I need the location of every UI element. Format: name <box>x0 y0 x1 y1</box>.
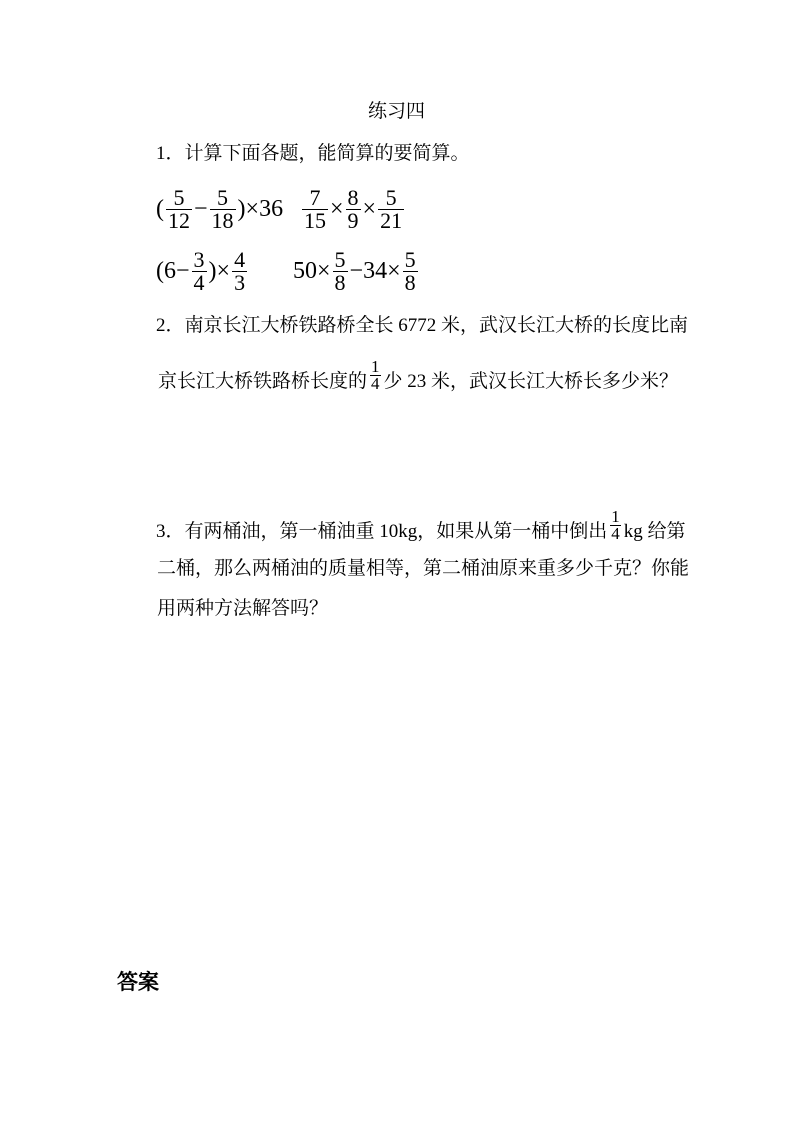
fraction: 715 <box>302 188 328 231</box>
expression-2: 715×89×521 <box>300 186 406 232</box>
fraction-numerator: 5 <box>403 250 418 270</box>
text-run: 3．有两桶油，第一桶油重 10kg，如果从第一桶中倒出 <box>156 520 607 544</box>
fraction-denominator: 21 <box>378 211 404 231</box>
text-run: ( <box>156 186 164 232</box>
problem-2-line-2: 京长江大桥铁路桥长度的14少 23 米，武汉长江大桥长多少米？ <box>158 370 678 394</box>
text-run: 2．南京长江大桥铁路桥全长 6772 米，武汉长江大桥的长度比南 <box>156 314 688 338</box>
problem-3-line-2: 二桶，那么两桶油的质量相等，第二桶油原来重多少千克？你能 <box>157 557 689 581</box>
fraction: 58 <box>403 250 418 293</box>
problem-1-label: 1．计算下面各题，能简算的要简算。 <box>156 142 470 166</box>
text-run: )×36 <box>238 186 284 232</box>
text-run: −34× <box>350 248 401 294</box>
text-run: 50× <box>293 248 331 294</box>
fraction-numerator: 4 <box>232 250 247 270</box>
fraction-numerator: 5 <box>384 188 399 208</box>
expression-4: 50×58−34×58 <box>293 248 420 294</box>
fraction: 14 <box>610 509 621 542</box>
problem-3-line-1: 3．有两桶油，第一桶油重 10kg，如果从第一桶中倒出14kg 给第 <box>156 520 686 544</box>
fraction: 518 <box>210 188 236 231</box>
fraction: 34 <box>192 250 207 293</box>
fraction: 521 <box>378 188 404 231</box>
fraction-denominator: 8 <box>333 273 348 293</box>
fraction-numerator: 1 <box>610 509 621 525</box>
text-run: 少 23 米，武汉长江大桥长多少米？ <box>384 370 679 394</box>
fraction-denominator: 15 <box>302 211 328 231</box>
text-run: × <box>330 186 344 232</box>
text-run: (6− <box>156 248 190 294</box>
fraction-numerator: 7 <box>308 188 323 208</box>
text-run: − <box>194 186 208 232</box>
fraction-denominator: 12 <box>166 211 192 231</box>
fraction-numerator: 5 <box>172 188 187 208</box>
text-run: 京长江大桥铁路桥长度的 <box>158 370 367 394</box>
text-run: × <box>363 186 377 232</box>
problem-3-line-3: 用两种方法解答吗？ <box>157 597 328 621</box>
fraction-denominator: 4 <box>192 273 207 293</box>
fraction-numerator: 5 <box>333 250 348 270</box>
answer-heading: 答案 <box>117 971 159 995</box>
fraction-numerator: 3 <box>192 250 207 270</box>
problem-2-line-1: 2．南京长江大桥铁路桥全长 6772 米，武汉长江大桥的长度比南 <box>156 314 688 338</box>
expression-3: (6−34)×43 <box>156 248 249 294</box>
problem-1-label-text: 1．计算下面各题，能简算的要简算。 <box>156 142 470 166</box>
fraction: 43 <box>232 250 247 293</box>
expression-1: (512−518)×36 <box>156 186 283 232</box>
worksheet-title: 练习四 <box>0 100 793 124</box>
fraction-numerator: 1 <box>370 359 381 375</box>
fraction-denominator: 8 <box>403 273 418 293</box>
text-run: 二桶，那么两桶油的质量相等，第二桶油原来重多少千克？你能 <box>157 557 689 581</box>
fraction-denominator: 18 <box>210 211 236 231</box>
text-run: )× <box>209 248 231 294</box>
fraction: 89 <box>346 188 361 231</box>
fraction-denominator: 4 <box>610 526 621 542</box>
fraction: 14 <box>370 359 381 392</box>
fraction-denominator: 9 <box>346 211 361 231</box>
fraction-denominator: 3 <box>232 273 247 293</box>
fraction-numerator: 5 <box>215 188 230 208</box>
fraction-numerator: 8 <box>346 188 361 208</box>
fraction-denominator: 4 <box>370 376 381 392</box>
fraction: 58 <box>333 250 348 293</box>
worksheet-page: 练习四 1．计算下面各题，能简算的要简算。 (512−518)×36 715×8… <box>0 0 793 1122</box>
fraction: 512 <box>166 188 192 231</box>
text-run: 用两种方法解答吗？ <box>157 597 328 621</box>
text-run: kg 给第 <box>624 520 686 544</box>
